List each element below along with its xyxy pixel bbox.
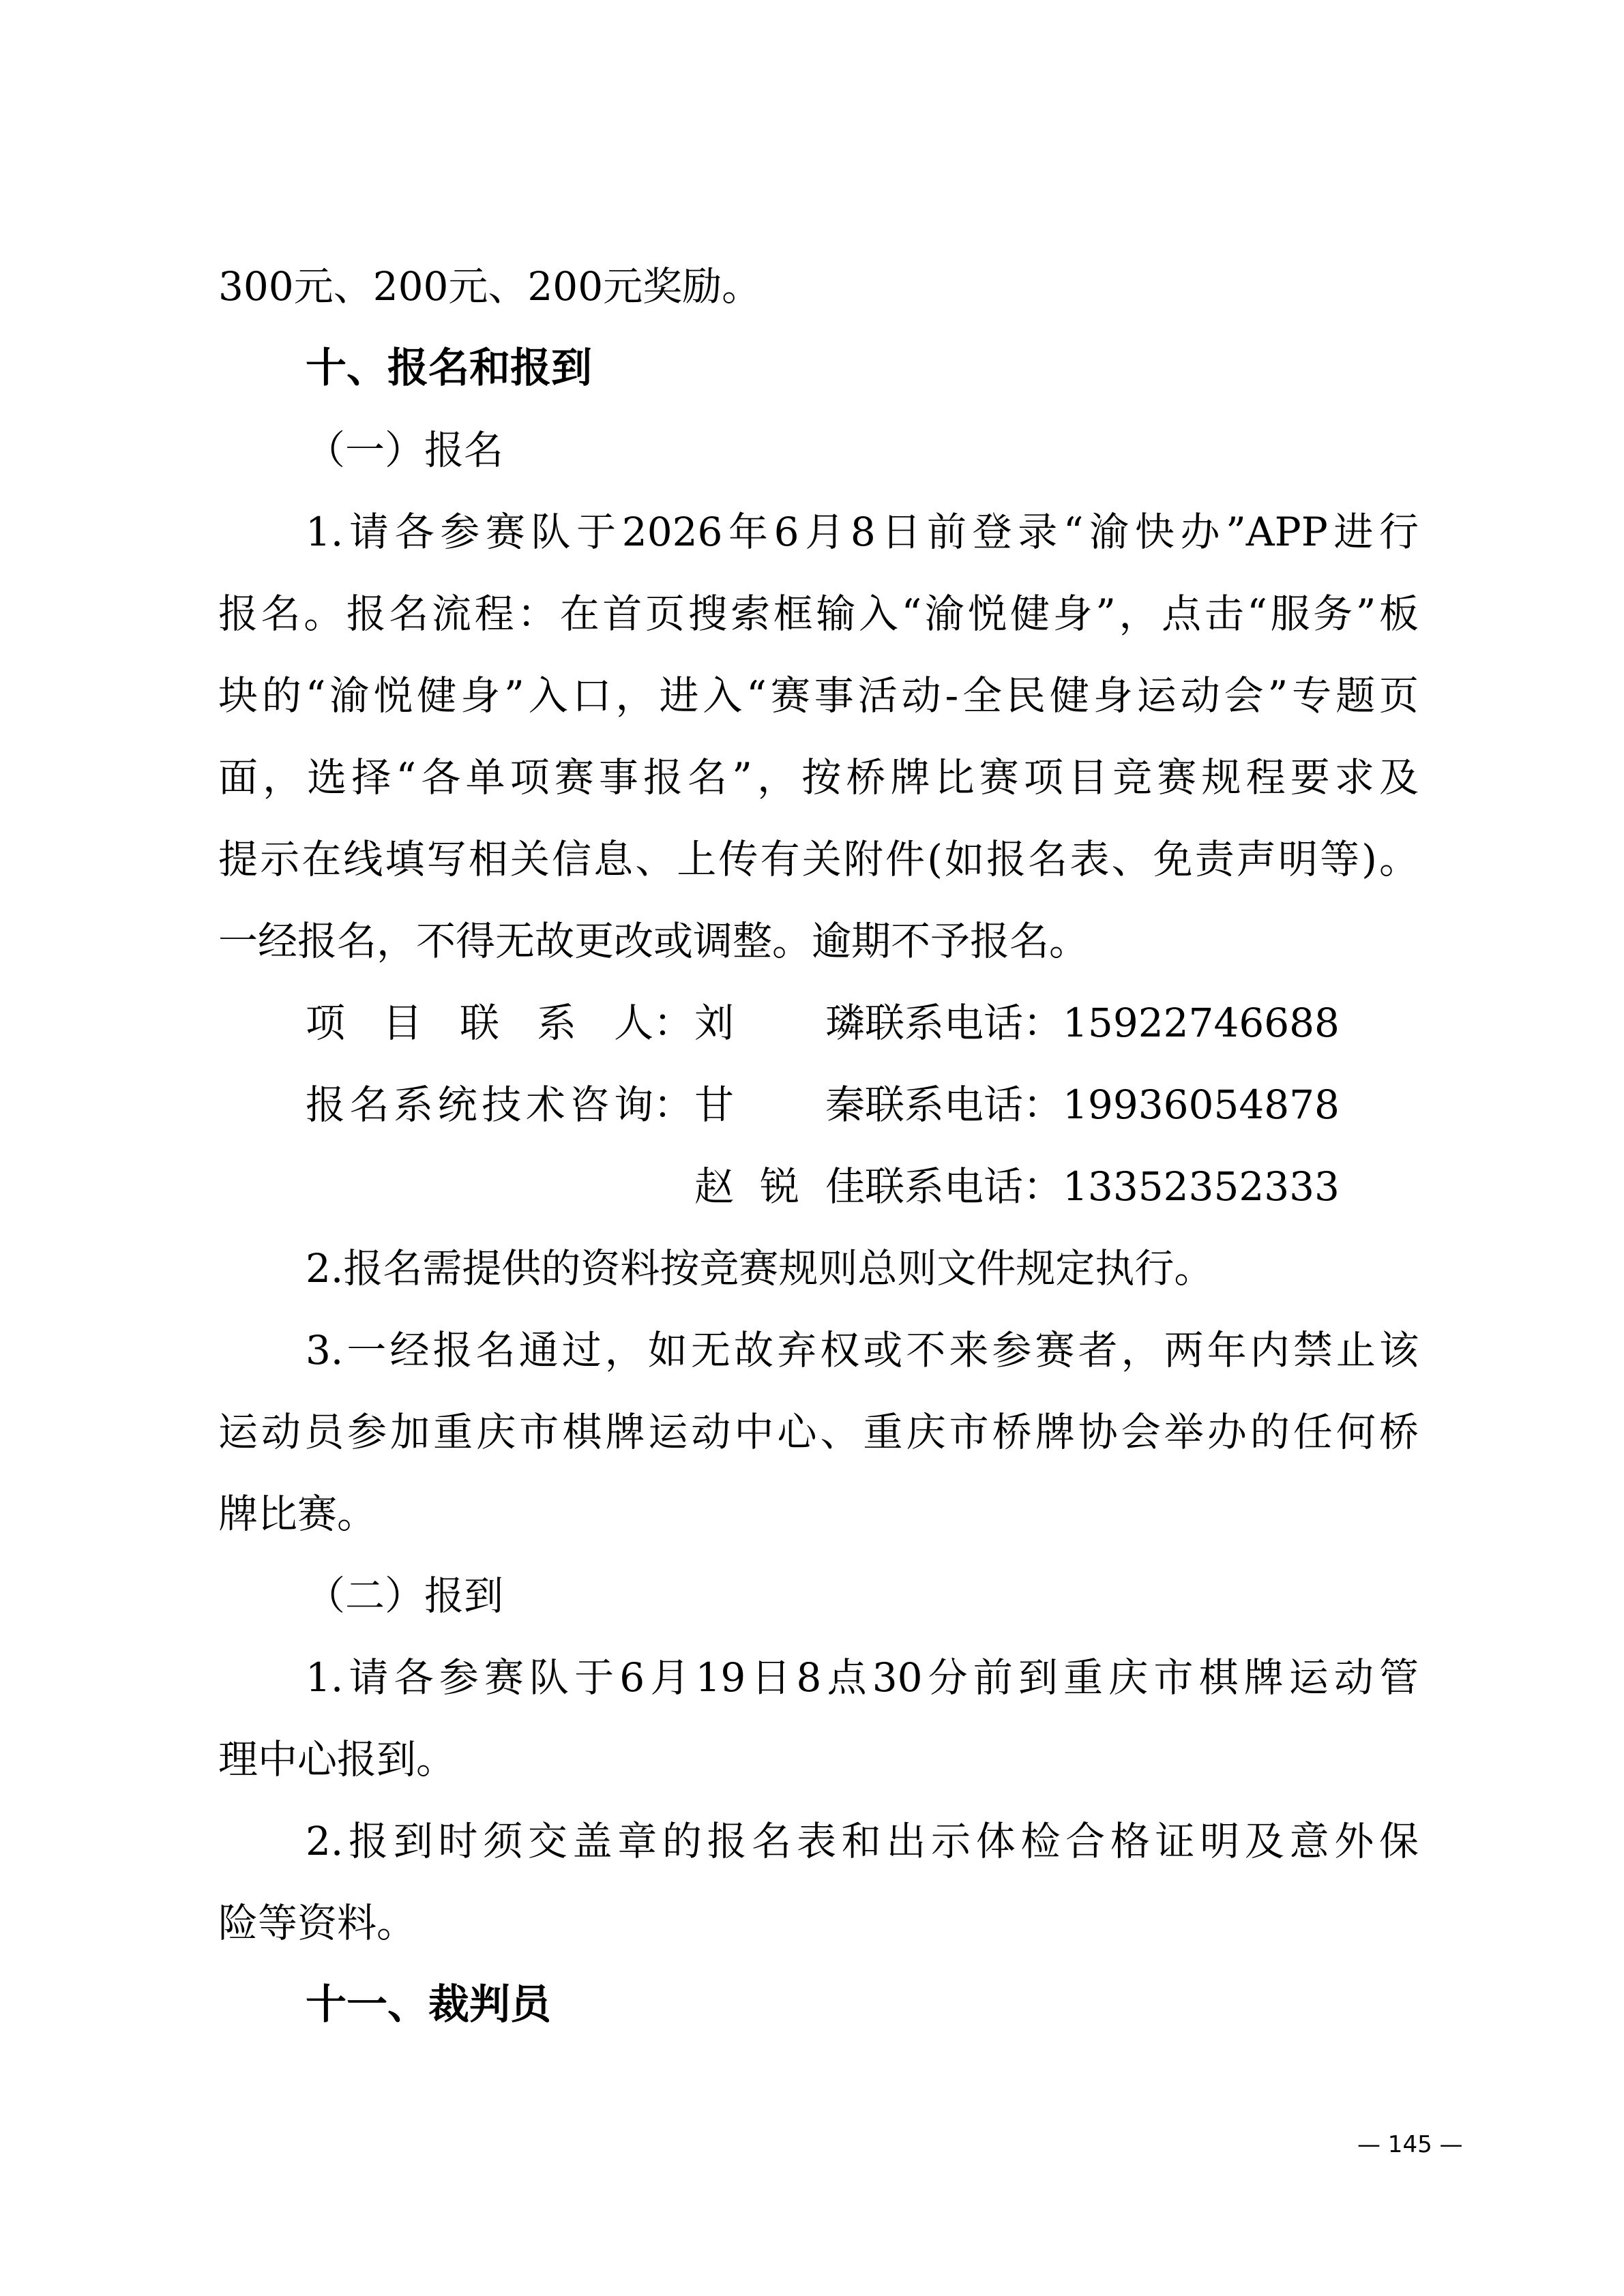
section-heading: 十、报名和报到: [218, 327, 1419, 409]
document-body: 300元、200元、200元奖励。 十、报名和报到 （一）报名 1.请各参赛队于…: [218, 245, 1419, 2046]
paragraph-line: 300元、200元、200元奖励。: [218, 245, 1419, 327]
subsection-heading: （一）报名: [218, 409, 1419, 491]
phone-label: 联系电话：: [865, 1146, 1063, 1227]
phone-label: 联系电话：: [865, 1064, 1063, 1146]
phone-number: 19936054878: [1063, 1064, 1340, 1146]
contact-row: ：赵锐佳联系电话：13352352333: [218, 1146, 1419, 1227]
paragraph-line: 1.请各参赛队于2026年6月8日前登录“渝快办”APP进行: [218, 491, 1419, 573]
paragraph-line: 运动员参加重庆市棋牌运动中心、重庆市桥牌协会举办的任何桥: [218, 1391, 1419, 1473]
subsection-heading: （二）报到: [218, 1555, 1419, 1637]
phone-number: 15922746688: [1063, 982, 1340, 1064]
contact-row: 报名系统技术咨询：甘 秦联系电话：19936054878: [218, 1064, 1419, 1146]
paragraph-line: 一经报名，不得无故更改或调整。逾期不予报名。: [218, 900, 1419, 982]
paragraph-line: 块的“渝悦健身”入口，进入“赛事活动-全民健身运动会”专题页: [218, 655, 1419, 736]
phone-label: 联系电话：: [865, 982, 1063, 1064]
paragraph-line: 牌比赛。: [218, 1473, 1419, 1555]
paragraph-line: 3.一经报名通过，如无故弃权或不来参赛者，两年内禁止该: [218, 1309, 1419, 1391]
paragraph-line: 险等资料。: [218, 1882, 1419, 1964]
paragraph-line: 报名。报名流程：在首页搜索框输入“渝悦健身”，点击“服务”板: [218, 573, 1419, 655]
phone-number: 13352352333: [1063, 1146, 1340, 1227]
contact-role: 项目联系人: [306, 982, 653, 1064]
page-number: — 145 —: [1357, 2131, 1463, 2158]
paragraph-line: 提示在线填写相关信息、上传有关附件(如报名表、免责声明等)。: [218, 818, 1419, 900]
section-heading: 十一、裁判员: [218, 1964, 1419, 2046]
contact-role: [306, 1146, 653, 1227]
paragraph-line: 面，选择“各单项赛事报名”，按桥牌比赛项目竞赛规程要求及: [218, 736, 1419, 818]
contact-name: 甘 秦: [693, 1064, 865, 1146]
paragraph-line: 2.报名需提供的资料按竞赛规则总则文件规定执行。: [218, 1227, 1419, 1309]
contact-role: 报名系统技术咨询: [306, 1064, 653, 1146]
contact-row: 项目联系人：刘 璘联系电话：15922746688: [218, 982, 1419, 1064]
contact-colon: ：: [653, 1064, 693, 1146]
paragraph-line: 2.报到时须交盖章的报名表和出示体检合格证明及意外保: [218, 1800, 1419, 1882]
contact-name: 刘 璘: [693, 982, 865, 1064]
paragraph-line: 理中心报到。: [218, 1718, 1419, 1800]
contact-name: 赵锐佳: [693, 1146, 865, 1227]
document-page: 300元、200元、200元奖励。 十、报名和报到 （一）报名 1.请各参赛队于…: [0, 0, 1624, 2296]
paragraph-line: 1.请各参赛队于6月19日8点30分前到重庆市棋牌运动管: [218, 1637, 1419, 1718]
contact-colon: ：: [653, 982, 693, 1064]
